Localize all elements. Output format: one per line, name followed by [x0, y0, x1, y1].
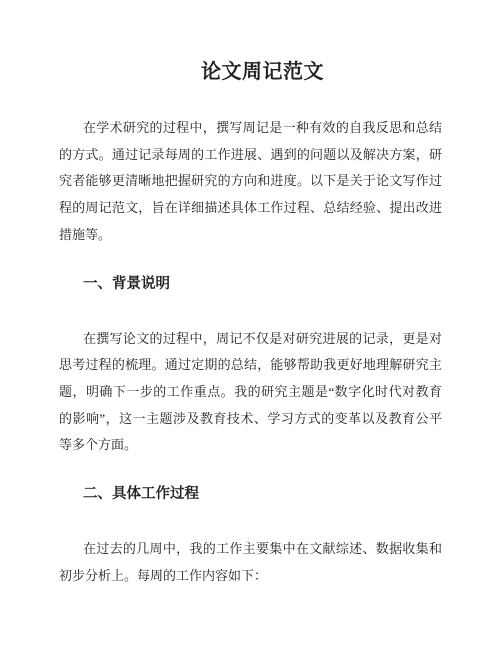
text-line: 在过去的几周中，我的工作主要集中在文献综述、数据收集和 [59, 536, 442, 563]
document-content: 论文周记范文 在学术研究的过程中，撰写周记是一种有效的自我反思和总结 的方式。通… [0, 0, 500, 647]
work-process-paragraph: 在过去的几周中，我的工作主要集中在文献综述、数据收集和 初步分析上。每周的工作内… [59, 536, 442, 589]
text-line: 在撰写论文的过程中，周记不仅是对研究进展的记录，更是对 [59, 326, 442, 353]
section-heading-background: 一、背景说明 [59, 271, 442, 298]
intro-paragraph: 在学术研究的过程中，撰写周记是一种有效的自我反思和总结 的方式。通过记录每周的工… [59, 115, 442, 249]
text-line: 在学术研究的过程中，撰写周记是一种有效的自我反思和总结 [59, 115, 442, 142]
text-line: 措施等。 [59, 222, 442, 249]
text-line: 究者能够更清晰地把握研究的方向和进度。以下是关于论文写作过 [59, 168, 442, 195]
text-line: 等多个方面。 [59, 432, 442, 459]
text-line: 的方式。通过记录每周的工作进展、遇到的问题以及解决方案，研 [59, 142, 442, 169]
text-line: 程的周记范文，旨在详细描述具体工作过程、总结经验、提出改进 [59, 195, 442, 222]
text-line: 题，明确下一步的工作重点。我的研究主题是“数字化时代对教育 [59, 379, 442, 406]
section-heading-work-process: 二、具体工作过程 [59, 481, 442, 508]
document-page: 论文周记范文 在学术研究的过程中，撰写周记是一种有效的自我反思和总结 的方式。通… [0, 0, 500, 647]
background-paragraph: 在撰写论文的过程中，周记不仅是对研究进展的记录，更是对 思考过程的梳理。通过定期… [59, 326, 442, 460]
document-title: 论文周记范文 [59, 57, 442, 87]
text-line: 初步分析上。每周的工作内容如下： [59, 563, 442, 590]
text-line: 的影响”，这一主题涉及教育技术、学习方式的变革以及教育公平 [59, 406, 442, 433]
text-line: 思考过程的梳理。通过定期的总结，能够帮助我更好地理解研究主 [59, 352, 442, 379]
